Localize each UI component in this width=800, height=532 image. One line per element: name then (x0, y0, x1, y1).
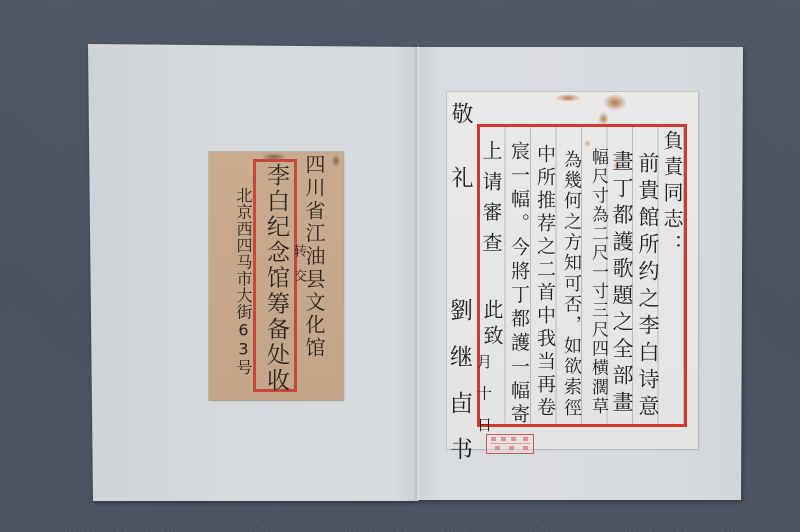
stamp-mark (495, 446, 500, 450)
letter-respect: 敬礼 (449, 102, 471, 188)
stamp-mark (523, 437, 528, 441)
rust-stain (603, 94, 627, 111)
stamp-mark (523, 446, 528, 450)
letter-body-column: 幅尺寸為二尺一寸三尺四横濶草 (589, 148, 606, 414)
letter-body-column: 前貴館所约之李白诗意 (637, 152, 658, 416)
letter-date: 月十日 (476, 354, 491, 432)
stamp-mark (509, 446, 514, 450)
stamp-mark (491, 437, 496, 441)
envelope-sender-address: 北京西四马市大街63号 (234, 187, 251, 375)
rust-stain (555, 94, 581, 102)
rust-stain (598, 112, 609, 126)
archive-stamp (486, 434, 534, 454)
letter-body-column: 中所推荐之二首中我当再卷 (535, 144, 554, 416)
letter-signature: 劉继卣书 (447, 298, 470, 460)
envelope-recipient: 李白纪念馆筹备处收 (262, 163, 287, 391)
letter-body-column: 為幾何之方知可否，如欲索徑 (562, 150, 580, 416)
stamp-mark (501, 437, 506, 441)
letter-body-column: 上请審查 (481, 140, 501, 252)
letter-body-column: 宸一幅。今將丁都護一幅寄 (509, 141, 528, 423)
stamp-mark (511, 437, 516, 441)
letter-salutation: 負責同志： (662, 130, 682, 254)
rust-stain (584, 140, 591, 147)
envelope-forward-note: 转交 (292, 244, 305, 282)
folder-fold (414, 46, 420, 501)
stamp-divider (490, 443, 530, 444)
letter-body-column: 畫丁都護歌題之全部畫 (611, 150, 632, 412)
letter-closing: 此致 (482, 299, 502, 345)
